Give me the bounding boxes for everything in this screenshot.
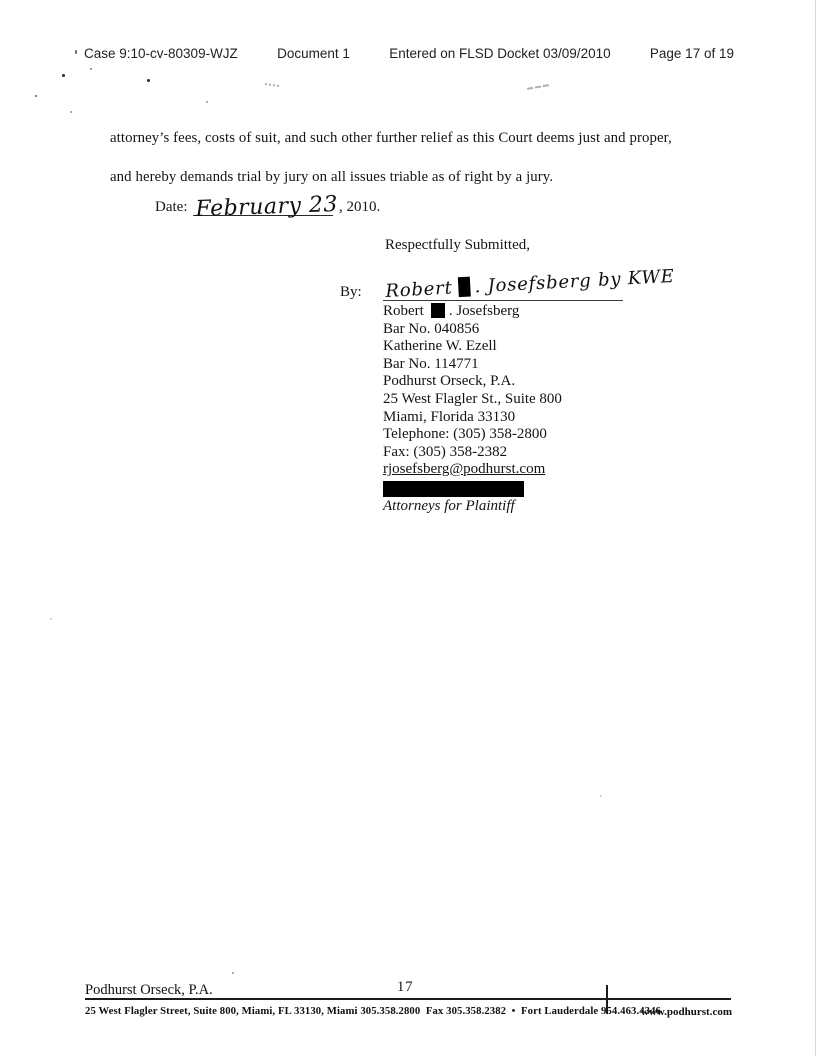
handwritten-signature: Robert. Josefsberg by KWE — [385, 266, 675, 302]
header-docket-entry: Entered on FLSD Docket 03/09/2010 — [389, 46, 610, 61]
signature-text: Robert — [385, 278, 453, 302]
attorney-name: Robert — [383, 303, 424, 319]
attorney-detail-line: Miami, Florida 33130 — [383, 409, 562, 427]
scan-speck — [75, 50, 77, 54]
attorney-detail-line: 25 West Flagler St., Suite 800 — [383, 391, 562, 409]
attorney-detail-line: Katherine W. Ezell — [383, 338, 562, 356]
paragraph-fees-relief: attorney’s fees, costs of suit, and such… — [110, 130, 672, 147]
attorney-detail-line: Fax: (305) 358-2382 — [383, 444, 562, 462]
footer-firm-name: Podhurst Orseck, P.A. — [85, 982, 213, 999]
date-year: , 2010. — [339, 199, 380, 215]
redaction-bar-contact — [383, 481, 524, 497]
signature-text: . Josefsberg by KWE — [474, 266, 675, 297]
scan-speck — [147, 79, 150, 82]
footer-address: 25 West Flagler Street, Suite 800, Miami… — [85, 1005, 661, 1017]
scan-speck — [70, 111, 72, 113]
date-line: Date: February 23 , 2010. — [155, 198, 380, 216]
scan-speck — [90, 68, 92, 70]
paragraph-jury-demand: and hereby demands trial by jury on all … — [110, 169, 553, 186]
scan-speck — [206, 101, 208, 103]
by-label: By: — [340, 284, 362, 301]
date-underline: February 23 — [193, 198, 333, 216]
date-label: Date: — [155, 199, 187, 215]
header-document-number: Document 1 — [277, 46, 350, 61]
scan-smudge — [265, 83, 279, 87]
respectfully-submitted: Respectfully Submitted, — [385, 237, 530, 254]
footer-rule — [85, 998, 731, 1000]
attorney-name: . Josefsberg — [449, 303, 520, 319]
header-case-number: Case 9:10-cv-80309-WJZ — [84, 46, 238, 61]
footer-website: www.podhurst.com — [618, 1006, 732, 1018]
footer-page-number: 17 — [397, 979, 414, 996]
docket-stamp-header: Case 9:10-cv-80309-WJZ Document 1 Entere… — [84, 46, 734, 61]
attorney-block: Robert. Josefsberg Bar No. 040856 Kather… — [383, 303, 562, 516]
attorney-detail-line: Telephone: (305) 358-2800 — [383, 426, 562, 444]
attorney-detail-line: Bar No. 040856 — [383, 321, 562, 339]
attorney-name-line: Robert. Josefsberg — [383, 303, 562, 321]
redaction-box-signature — [458, 277, 471, 298]
signature-line: Robert. Josefsberg by KWE — [383, 270, 623, 301]
scan-speck — [62, 74, 65, 77]
date-handwritten: February 23 — [195, 192, 338, 222]
redaction-box-name — [431, 303, 445, 318]
attorneys-for-plaintiff: Attorneys for Plaintiff — [383, 498, 562, 516]
attorney-email: rjosefsberg@podhurst.com — [383, 461, 562, 479]
scanned-document-page: Case 9:10-cv-80309-WJZ Document 1 Entere… — [0, 0, 817, 1056]
scan-edge-artifact — [815, 0, 816, 1056]
scan-speck — [600, 795, 602, 797]
scan-speck — [35, 95, 37, 97]
scan-speck — [50, 618, 52, 620]
header-page-indicator: Page 17 of 19 — [650, 46, 734, 61]
scan-speck — [232, 972, 234, 974]
attorney-detail-line: Bar No. 114771 — [383, 356, 562, 374]
attorney-detail-line: Podhurst Orseck, P.A. — [383, 373, 562, 391]
scan-smudge — [527, 84, 549, 90]
